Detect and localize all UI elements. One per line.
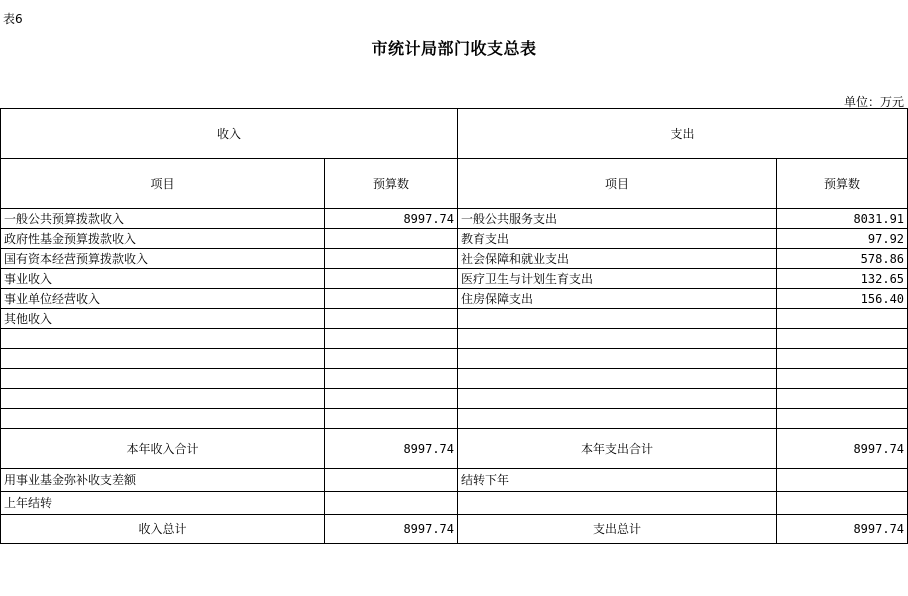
expense-budget [777, 469, 908, 492]
income-budget [325, 492, 458, 515]
col-expense-budget: 预算数 [777, 159, 908, 209]
expense-item [458, 329, 777, 349]
income-budget [325, 329, 458, 349]
adjust-row: 上年结转 [1, 492, 908, 515]
income-budget [325, 369, 458, 389]
income-item: 国有资本经营预算拨款收入 [1, 249, 325, 269]
expense-budget [777, 369, 908, 389]
expense-budget: 97.92 [777, 229, 908, 249]
year-income-total-value: 8997.74 [325, 429, 458, 469]
income-budget [325, 289, 458, 309]
income-budget [325, 469, 458, 492]
expense-item [458, 492, 777, 515]
col-income-item: 项目 [1, 159, 325, 209]
year-expense-total-label: 本年支出合计 [458, 429, 777, 469]
income-item: 一般公共预算拨款收入 [1, 209, 325, 229]
table-row [1, 329, 908, 349]
expense-item [458, 309, 777, 329]
income-budget: 8997.74 [325, 209, 458, 229]
expense-grand-total-label: 支出总计 [458, 515, 777, 544]
income-item: 政府性基金预算拨款收入 [1, 229, 325, 249]
col-income-budget: 预算数 [325, 159, 458, 209]
expense-item: 教育支出 [458, 229, 777, 249]
year-total-row: 本年收入合计 8997.74 本年支出合计 8997.74 [1, 429, 908, 469]
expense-budget: 132.65 [777, 269, 908, 289]
income-budget [325, 409, 458, 429]
income-item [1, 409, 325, 429]
income-item: 上年结转 [1, 492, 325, 515]
year-expense-total-value: 8997.74 [777, 429, 908, 469]
expense-budget: 156.40 [777, 289, 908, 309]
income-item: 事业单位经营收入 [1, 289, 325, 309]
adjust-row: 用事业基金弥补收支差额 结转下年 [1, 469, 908, 492]
table-row [1, 389, 908, 409]
table-row: 其他收入 [1, 309, 908, 329]
expense-budget [777, 389, 908, 409]
income-budget [325, 229, 458, 249]
page-title: 市统计局部门收支总表 [0, 36, 908, 59]
income-grand-total-value: 8997.74 [325, 515, 458, 544]
table-row [1, 409, 908, 429]
table-number: 表6 [3, 10, 23, 27]
expense-grand-total-value: 8997.74 [777, 515, 908, 544]
expense-item: 住房保障支出 [458, 289, 777, 309]
expense-budget [777, 329, 908, 349]
col-expense-item: 项目 [458, 159, 777, 209]
income-item [1, 329, 325, 349]
budget-summary-table: 收入 支出 项目 预算数 项目 预算数 一般公共预算拨款收入 8997.74 一… [0, 108, 908, 544]
expense-budget [777, 309, 908, 329]
table-row: 一般公共预算拨款收入 8997.74 一般公共服务支出 8031.91 [1, 209, 908, 229]
expense-item [458, 409, 777, 429]
income-budget [325, 269, 458, 289]
column-header-row: 项目 预算数 项目 预算数 [1, 159, 908, 209]
expense-item: 一般公共服务支出 [458, 209, 777, 229]
income-item [1, 369, 325, 389]
expense-item: 医疗卫生与计划生育支出 [458, 269, 777, 289]
table-row: 国有资本经营预算拨款收入 社会保障和就业支出 578.86 [1, 249, 908, 269]
section-header-row: 收入 支出 [1, 109, 908, 159]
table-row [1, 349, 908, 369]
expense-budget [777, 492, 908, 515]
income-budget [325, 309, 458, 329]
table-row: 事业单位经营收入 住房保障支出 156.40 [1, 289, 908, 309]
income-budget [325, 349, 458, 369]
grand-total-row: 收入总计 8997.74 支出总计 8997.74 [1, 515, 908, 544]
income-grand-total-label: 收入总计 [1, 515, 325, 544]
expense-item: 社会保障和就业支出 [458, 249, 777, 269]
expense-budget [777, 349, 908, 369]
income-item: 事业收入 [1, 269, 325, 289]
income-item: 其他收入 [1, 309, 325, 329]
income-budget [325, 249, 458, 269]
expense-item: 结转下年 [458, 469, 777, 492]
section-expense: 支出 [458, 109, 908, 159]
income-item: 用事业基金弥补收支差额 [1, 469, 325, 492]
expense-item [458, 369, 777, 389]
income-budget [325, 389, 458, 409]
table-row [1, 369, 908, 389]
section-income: 收入 [1, 109, 458, 159]
expense-budget: 578.86 [777, 249, 908, 269]
expense-budget [777, 409, 908, 429]
expense-budget: 8031.91 [777, 209, 908, 229]
year-income-total-label: 本年收入合计 [1, 429, 325, 469]
expense-item [458, 349, 777, 369]
income-item [1, 389, 325, 409]
table-row: 事业收入 医疗卫生与计划生育支出 132.65 [1, 269, 908, 289]
table-row: 政府性基金预算拨款收入 教育支出 97.92 [1, 229, 908, 249]
expense-item [458, 389, 777, 409]
income-item [1, 349, 325, 369]
